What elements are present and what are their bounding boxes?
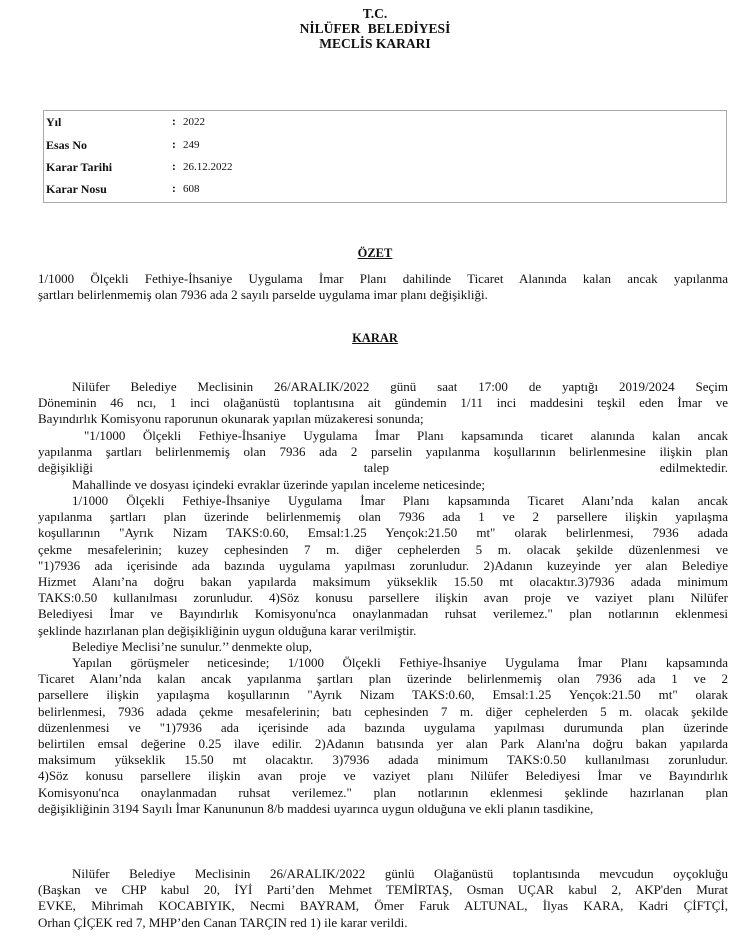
summary-line: 1/1000 Ölçekli Fethiye-İhsaniye Uygulama… [38,271,728,287]
summary-text: 1/1000 Ölçekli Fethiye-İhsaniye Uygulama… [38,271,728,303]
text-line: Mahallinde ve dosyası içindeki evraklar … [38,477,728,493]
text-word: talep [364,460,389,476]
text-line: yapılanma şartları belirlenmemiş olan 79… [38,444,728,460]
info-label: Esas No [46,136,166,154]
info-value: 608 [183,180,200,198]
decision-paragraph-1: Nilüfer Belediye Meclisinin 26/ARALIK/20… [38,379,728,428]
summary-line: şartları belirlenmemiş olan 7936 ada 2 s… [38,287,728,303]
text-word: edilmektedir. [660,460,728,476]
decision-paragraph-4: 1/1000 Ölçekli Fethiye-İhsaniye Uygulama… [38,493,728,639]
info-value: 2022 [183,113,205,131]
decision-info-box: Yıl : 2022 Esas No : 249 Karar Tarihi : … [43,110,727,203]
text-word: değişikliği [38,460,93,476]
text-line: Belediyesi İmar ve Bayındırlık Komisyonu… [38,606,728,622]
text-line: maksimum yükseklik 15.50 mt olacaktır. 3… [38,752,728,768]
text-line: çekme mesafelerinin; kuzey cephesinden 7… [38,542,728,558]
text-line: "1/1000 Ölçekli Fethiye-İhsaniye Uygulam… [38,428,728,444]
text-line: 4)Söz konusu parsellere ilişkin avan pro… [38,768,728,784]
decision-paragraph-7: Nilüfer Belediye Meclisinin 26/ARALIK/20… [38,866,728,931]
info-value: 26.12.2022 [183,158,233,176]
text-line: (Başkan ve CHP kabul 20, İYİ Parti’den M… [38,882,728,898]
text-line: Yapılan görüşmeler neticesinde; 1/1000 Ö… [38,655,728,671]
text-line: değişikliğinin 3194 Sayılı İmar Kanununu… [38,801,728,817]
text-line: Hizmet Alanı’na doğru bakan yapılarda ma… [38,574,728,590]
text-line: yapılanma şartları plan üzerinde belirle… [38,509,728,525]
text-line: TAKS:0.50 kullanılması zorunludur. 4)Söz… [38,590,728,606]
info-colon: : [172,136,176,154]
summary-title: ÖZET [0,246,750,261]
text-line: Orhan ÇİÇEK red 7, MHP’den Canan TARÇIN … [38,915,728,931]
decision-paragraph-3: Mahallinde ve dosyası içindeki evraklar … [38,477,728,493]
text-line: Nilüfer Belediye Meclisinin 26/ARALIK/20… [38,866,728,882]
text-line: 1/1000 Ölçekli Fethiye-İhsaniye Uygulama… [38,493,728,509]
decision-paragraph-6: Yapılan görüşmeler neticesinde; 1/1000 Ö… [38,655,728,817]
text-line: EVKE, Mihrimah KOCABIYIK, Necmi BAYRAM, … [38,898,728,914]
info-colon: : [172,180,176,198]
text-line: koşullarının "Ayrık Nizam TAKS:0.60, Ems… [38,525,728,541]
text-line: şeklinde hazırlanan plan değişikliğinin … [38,623,728,639]
text-line: Nilüfer Belediye Meclisinin 26/ARALIK/20… [38,379,728,395]
text-line: Bayındırlık Komisyonu raporunun okunarak… [38,411,728,427]
info-value: 249 [183,136,200,154]
text-line: Komisyonu'nca onaylanmadan ruhsat verile… [38,785,728,801]
header-council-decision: MECLİS KARARI [0,36,750,51]
text-line: Döneminin 46 ncı, 1 inci olağanüstü topl… [38,395,728,411]
text-line: parsellere ilişkin yapılaşma koşullarını… [38,687,728,703]
info-label: Karar Tarihi [46,158,166,176]
text-line: belirtilen emsal değerine 0.25 ilave edi… [38,736,728,752]
text-line: düzenlenmesi ve "1)7936 ada içerisinde a… [38,720,728,736]
decision-paragraph-5: Belediye Meclisi’ne sunulur.’’ denmekte … [38,639,728,655]
info-label: Karar Nosu [46,180,166,198]
info-colon: : [172,158,176,176]
decision-paragraph-2: "1/1000 Ölçekli Fethiye-İhsaniye Uygulam… [38,428,728,477]
info-label: Yıl [46,113,166,131]
text-line: "1)7936 ada içerisinde ada bazında uygul… [38,558,728,574]
text-line: değişikliği talep edilmektedir. [38,460,728,476]
info-colon: : [172,113,176,131]
document-header: T.C. NİLÜFER BELEDİYESİ MECLİS KARARI [0,6,750,51]
header-tc: T.C. [0,6,750,21]
text-line: belirlenmesi, 7936 adada çekme mesafeler… [38,704,728,720]
text-line: Ticaret Alanı’nda kalan ancak yapılanma … [38,671,728,687]
decision-title: KARAR [0,331,750,346]
header-municipality: NİLÜFER BELEDİYESİ [0,21,750,36]
text-line: Belediye Meclisi’ne sunulur.’’ denmekte … [38,639,728,655]
